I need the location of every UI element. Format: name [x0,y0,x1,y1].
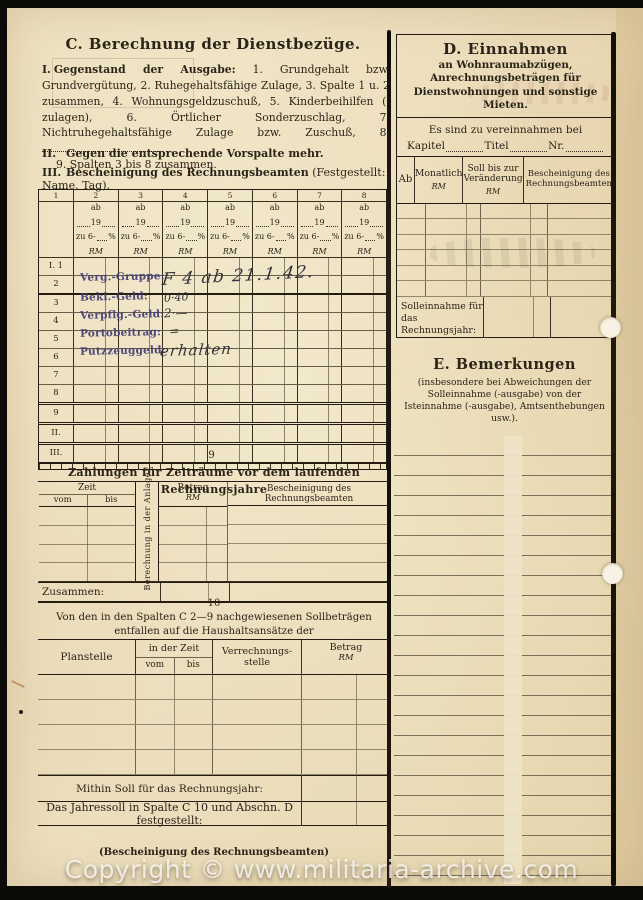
dotted-leader [301,219,314,227]
payments-table: Zahlungen für Zeiträume vor dem laufende… [38,463,390,603]
table-cell [207,367,252,384]
header-rate-line: zu 6-% [76,233,116,241]
einnahmen-row [397,266,614,282]
table-cell [162,385,207,402]
bescheinigung-cell [547,250,614,265]
zeit-row [39,563,135,581]
kapitel-line: Kapitel Titel Nr. [407,141,604,152]
planstelle-header: Planstelle [38,640,135,674]
dotted-leader [236,219,249,227]
dotted-leader [97,233,107,241]
verrechnungsstelle-header: Verrechnungs- stelle [212,640,301,674]
table-cell [73,367,118,384]
row-number-cell: 7 [39,367,73,384]
zeit-cell [135,750,212,774]
dotted-leader [320,233,330,241]
dotted-leader [446,142,483,152]
table-row: 7 [39,366,386,384]
column-number: 7 [297,190,342,201]
page-edge-strip [616,8,643,886]
row-number-cell: 5 [39,331,73,348]
section-number-9: 9 [38,450,385,461]
bis-label: bis [174,658,213,674]
zeit-cell [135,700,212,724]
table-cell [341,349,386,366]
header-year-label: 19 [180,219,190,227]
table-cell [341,313,386,330]
betrag-row [159,507,227,526]
header-rm-label: RM [255,248,295,256]
betrag-cell [301,700,390,724]
verrechnungsstelle-cell [212,675,301,699]
header-year-label: 19 [359,219,369,227]
table-cell [207,295,252,312]
table-row: II. [39,422,386,442]
jahressoll-row: Das Jahressoll in Spalte C 10 und Abschn… [38,801,390,826]
anlage-column: Berechnung in der Anlage [135,482,159,581]
dotted-leader [102,219,115,227]
ab-cell [397,250,425,265]
header-zu-label: zu 6- [210,233,230,241]
header-rate-line: zu 6-% [210,233,250,241]
betrag-header: Betrag RM [159,482,227,507]
zeit-row [39,526,135,545]
monatlich-header: Monatlich RM [414,157,463,203]
dotted-leader [147,219,160,227]
column-number: 6 [252,190,297,201]
soll-cell [480,281,547,296]
bemerkungen-box: E. Bemerkungen (insbesondere bei Abweich… [396,356,613,426]
soll-cell [480,235,547,250]
betrag-cell [301,725,390,749]
bescheinigung-cell [547,235,614,250]
table-header-cell: ab19zu 6-%RM [207,202,252,257]
jahressoll-label: Das Jahressoll in Spalte C 10 und Abschn… [38,801,301,827]
header-rm-label: RM [76,248,116,256]
header-percent-label: % [332,233,340,241]
table-header-cell: ab19zu 6-%RM [162,202,207,257]
solleinnahme-amount-cell [483,297,551,337]
table-cell [207,405,252,422]
sum-label: Zusammen: [38,586,160,598]
einnahmen-row [397,281,614,297]
kapitel-label: Kapitel [407,141,445,152]
dotted-leader [370,219,383,227]
section-number-10: 10 [38,598,390,609]
column-number: 8 [341,190,386,201]
zeit-rows [39,507,135,581]
item-numeral: II. [42,147,66,160]
betrag-row [159,545,227,564]
header-rm-label: RM [300,248,340,256]
header-rate-line: zu 6-% [344,233,384,241]
vom-label: vom [136,658,174,674]
header-zu-label: zu 6- [300,233,320,241]
bescheinigung-cell [547,219,614,234]
allocation-row [38,725,390,750]
stamp-label: Portobeitrag: [80,326,161,340]
header-rm-label: RM [121,248,161,256]
table-cell [341,405,386,422]
verrechnungsstelle-cell [212,700,301,724]
betrag-column: Betrag RM [159,482,227,581]
planstelle-cell [38,725,135,749]
table-cell [341,367,386,384]
header-ab-label: ab [255,204,295,212]
soll-cell [480,250,547,265]
table-header-cell: ab19zu 6-%RM [341,202,386,257]
header-year-line: 19 [210,219,250,227]
table-cell [73,405,118,422]
table-cell [297,405,342,422]
monatlich-cell [425,281,480,296]
bescheinigung-cell [547,281,614,296]
allocation-header-row: Planstelle in der Zeit vom bis Verrechnu… [38,639,390,675]
header-rate-line: zu 6-% [121,233,161,241]
dotted-leader [326,219,339,227]
header-year-line: 19 [300,219,340,227]
allocation-row [38,700,390,725]
header-percent-label: % [198,233,206,241]
row-number-cell: 6 [39,349,73,366]
zeit-column: Zeit vom bis [39,482,135,581]
header-percent-label: % [242,233,250,241]
table-cell [341,331,386,348]
monatlich-cell [425,219,480,234]
einnahmen-box: D. Einnahmen an Wohnraumabzügen, Anrechn… [396,34,615,338]
dotted-leader [276,233,286,241]
table-header-row: ab19zu 6-%RMab19zu 6-%RMab19zu 6-%RMab19… [39,202,386,258]
handwritten-entry: 0·40 [164,290,189,305]
stamp-label: Putzzeuggeld: [80,344,166,358]
bescheinigung-header: Bescheinigung des Rechnungsbeamten [228,482,390,506]
column-number: 3 [118,190,163,201]
header-rm-label: RM [210,248,250,256]
column-number: 5 [207,190,252,201]
table-cell [297,349,342,366]
monatlich-cell [425,204,480,219]
ab-cell [397,204,425,219]
einnahmen-row [397,204,614,220]
bescheinigung-row [228,525,390,544]
solleinnahme-row: Solleinnahme für das Rechnungsjahr: [397,297,614,337]
planstelle-cell [38,700,135,724]
betrag-label: Betrag [330,642,363,653]
header-zu-label: zu 6- [255,233,275,241]
page-edge-line [611,32,616,886]
betrag-label: Betrag [178,483,209,493]
table-cell [252,405,297,422]
table-cell [341,258,386,275]
betrag-rows [159,507,227,581]
monatlich-label: Monatlich [415,169,463,180]
table-cell [207,385,252,402]
header-zu-label: zu 6- [344,233,364,241]
table-cell [118,385,163,402]
allocation-body [38,675,390,775]
table-cell [252,349,297,366]
item-numeral: III. [42,166,66,179]
table-cell [341,385,386,402]
section-e-subtitle: (insbesondere bei Abweichungen der Solle… [396,377,613,426]
dotted-leader [77,219,90,227]
table-cell [207,313,252,330]
item-heading: Gegenstand der Ausgabe: [54,63,236,76]
soll-cell [480,219,547,234]
table-row: 9 [39,402,386,422]
table-cell [118,367,163,384]
mithin-row: Mithin Soll für das Rechnungsjahr: [38,775,390,801]
table-cell [252,331,297,348]
header-rate-line: zu 6-% [300,233,340,241]
allocation-intro: Von den in den Spalten C 2—9 nachgewiese… [38,611,390,639]
section-d-subtitle: an Wohnraumabzügen, Anrechnungsbeträgen … [397,58,614,112]
jahressoll-amount-cell [301,802,390,825]
betrag-row [159,526,227,545]
column-number: 1 [39,190,73,201]
titel-label: Titel [484,141,508,152]
dotted-leader [186,233,196,241]
monatlich-cell [425,266,480,281]
row-number-cell: 2 [39,276,73,293]
mithin-label: Mithin Soll für das Rechnungsjahr: [38,783,301,795]
zeit-row [39,507,135,526]
table-header-cell: ab19zu 6-%RM [73,202,118,257]
header-ab-label: ab [344,204,384,212]
hole-punch [602,563,623,584]
table-header-cell: ab19zu 6-%RM [297,202,342,257]
allocation-row [38,750,390,775]
bescheinigung-row [228,563,390,581]
dotted-leader [166,219,179,227]
einnahmen-intro: Es sind zu vereinnahmen bei [397,124,614,136]
betrag-row [159,563,227,581]
einnahmen-row [397,219,614,235]
ink-dot [19,710,23,714]
paragraph-ii: II.Gegen die entsprechende Vorspalte meh… [42,147,390,160]
planstelle-cell [38,675,135,699]
scanned-document-photo: C. Berechnung der Dienstbezüge. I.Gegens… [0,0,643,900]
header-zu-label: zu 6- [76,233,96,241]
hole-punch [600,317,621,338]
bescheinigung-rows [228,506,390,581]
table-cell [207,425,252,442]
table-cell [341,295,386,312]
bescheinigung-cell [547,266,614,281]
dotted-leader [141,233,151,241]
header-year-line: 19 [255,219,295,227]
stamp-label: Verg.-Gruppe: [80,270,165,284]
mithin-amount-cell [301,776,390,801]
table-cell [297,425,342,442]
betrag-cell [301,675,390,699]
bescheinigung-cell [547,204,614,219]
monatlich-cell [425,235,480,250]
table-cell [252,313,297,330]
divider-line [397,117,614,118]
header-percent-label: % [108,233,116,241]
table-cell [252,295,297,312]
ab-cell [397,219,425,234]
ab-cell [397,281,425,296]
ab-cell [397,235,425,250]
header-year-line: 19 [76,219,116,227]
dotted-leader [510,142,547,152]
handwritten-entry: erhalten [159,340,233,361]
bescheinigung-column: Bescheinigung des Rechnungsbeamten [227,482,390,581]
table-row: 8 [39,384,386,402]
row-number-cell: 9 [39,405,73,422]
column-number-strip: 12345678 [39,190,386,202]
stamp-label: Bekl.-Geld: [80,290,148,303]
header-year-label: 19 [91,219,101,227]
table-cell [162,405,207,422]
payments-grid: Zeit vom bis Berechnung in der Anlage Be… [38,482,390,582]
zeit-header: Zeit [39,482,135,495]
rm-label: RM [302,653,390,663]
header-year-line: 19 [165,219,205,227]
ab-cell [397,266,425,281]
section-c-title: C. Berechnung der Dienstbezüge. [38,35,388,53]
dotted-leader [256,219,269,227]
header-zu-label: zu 6- [165,233,185,241]
column-number: 2 [73,190,118,201]
monatlich-cell [425,250,480,265]
item-numeral: I. [42,63,51,76]
handwritten-entry: = [168,324,179,339]
dotted-leader [191,219,204,227]
soll-header: Soll bis zur Veränderung RM [462,157,522,203]
verrechnungsstelle-cell [212,725,301,749]
header-year-line: 19 [344,219,384,227]
item-text: Gegen die entsprechende Vorspalte mehr. [66,147,324,160]
table-header-cell: ab19zu 6-%RM [252,202,297,257]
row-number-cell: I. 1 [39,258,73,275]
row-number-cell: 4 [39,313,73,330]
planstelle-cell [38,750,135,774]
ab-header: Ab [397,157,414,203]
row-number-cell: 3 [39,295,73,312]
copyright-watermark: Copyright © www.militaria-archive.com [65,855,579,884]
einnahmen-header-row: Ab Monatlich RM Soll bis zur Veränderung… [397,157,614,204]
handwritten-entry: 2·— [164,306,188,321]
table-cell [297,295,342,312]
soll-cell [480,204,547,219]
solleinnahme-label: Solleinnahme für das Rechnungsjahr: [397,297,483,337]
dotted-leader [365,233,375,241]
nr-label: Nr. [548,141,564,152]
header-year-line: 19 [121,219,161,227]
rm-label: RM [432,182,446,191]
dotted-leader [211,219,224,227]
rm-label: RM [159,493,227,502]
table-cell [162,425,207,442]
soll-label: Soll bis zur Veränderung [463,164,522,185]
bescheinigung-row [228,544,390,563]
table-cell [341,425,386,442]
table-cell [73,385,118,402]
table-cell [252,385,297,402]
header-year-label: 19 [270,219,280,227]
row-number-cell: 8 [39,385,73,402]
header-percent-label: % [376,233,384,241]
zeit-label: in der Zeit [136,640,212,658]
verrechnungsstelle-cell [212,750,301,774]
header-ab-label: ab [210,204,250,212]
table-cell [297,331,342,348]
row-label-header-cell [39,202,73,257]
header-year-label: 19 [135,219,145,227]
einnahmen-row [397,250,614,266]
bescheinigung-row [228,506,390,525]
section-d-title: D. Einnahmen [397,40,614,58]
table-cell [297,313,342,330]
dotted-leader [345,219,358,227]
einnahmen-row [397,235,614,251]
header-rm-label: RM [165,248,205,256]
table-cell [252,425,297,442]
header-ab-label: ab [121,204,161,212]
table-cell [118,425,163,442]
table-cell [297,385,342,402]
header-percent-label: % [287,233,295,241]
header-ab-label: ab [300,204,340,212]
einnahmen-table: Ab Monatlich RM Soll bis zur Veränderung… [397,156,614,337]
payments-title: Zahlungen für Zeiträume vor dem laufende… [38,463,390,482]
stelle-line1: Verrechnungs- [222,646,292,657]
rotated-column-label: Berechnung in der Anlage [143,472,152,591]
header-rm-label: RM [344,248,384,256]
row-number-cell: II. [39,425,73,442]
rm-label: RM [486,187,500,196]
dotted-leader [281,219,294,227]
zeit-row [39,545,135,564]
dotted-leader [566,142,603,152]
betrag-header: Betrag RM [301,640,390,674]
header-rate-line: zu 6-% [255,233,295,241]
table-cell [118,405,163,422]
table-cell [73,425,118,442]
soll-cell [480,266,547,281]
betrag-cell [301,750,390,774]
stelle-line2: stelle [244,657,270,668]
vom-label: vom [39,495,87,506]
stamp-label: Verpflg.-Geld: [80,308,164,322]
table-cell [162,367,207,384]
page-fold-line [387,30,391,888]
zeit-header-cell: in der Zeit vom bis [135,640,212,674]
zeit-cell [135,725,212,749]
header-rate-line: zu 6-% [165,233,205,241]
column-number: 4 [162,190,207,201]
header-ab-label: ab [76,204,116,212]
table-cell [252,367,297,384]
table-header-cell: ab19zu 6-%RM [118,202,163,257]
allocation-table: Planstelle in der Zeit vom bis Verrechnu… [38,639,390,826]
bescheinigung-header: Bescheinigung des Rechnungsbeamten [523,157,614,203]
section-e-title: E. Bemerkungen [396,356,613,373]
header-ab-label: ab [165,204,205,212]
header-zu-label: zu 6- [121,233,141,241]
ruled-lines [394,436,615,884]
dotted-leader [122,219,135,227]
dotted-leader [231,233,241,241]
table-cell [297,367,342,384]
table-cell [341,276,386,293]
vom-bis-header: vom bis [39,495,135,507]
vom-bis-header: vom bis [136,658,212,674]
einnahmen-body [397,204,614,297]
